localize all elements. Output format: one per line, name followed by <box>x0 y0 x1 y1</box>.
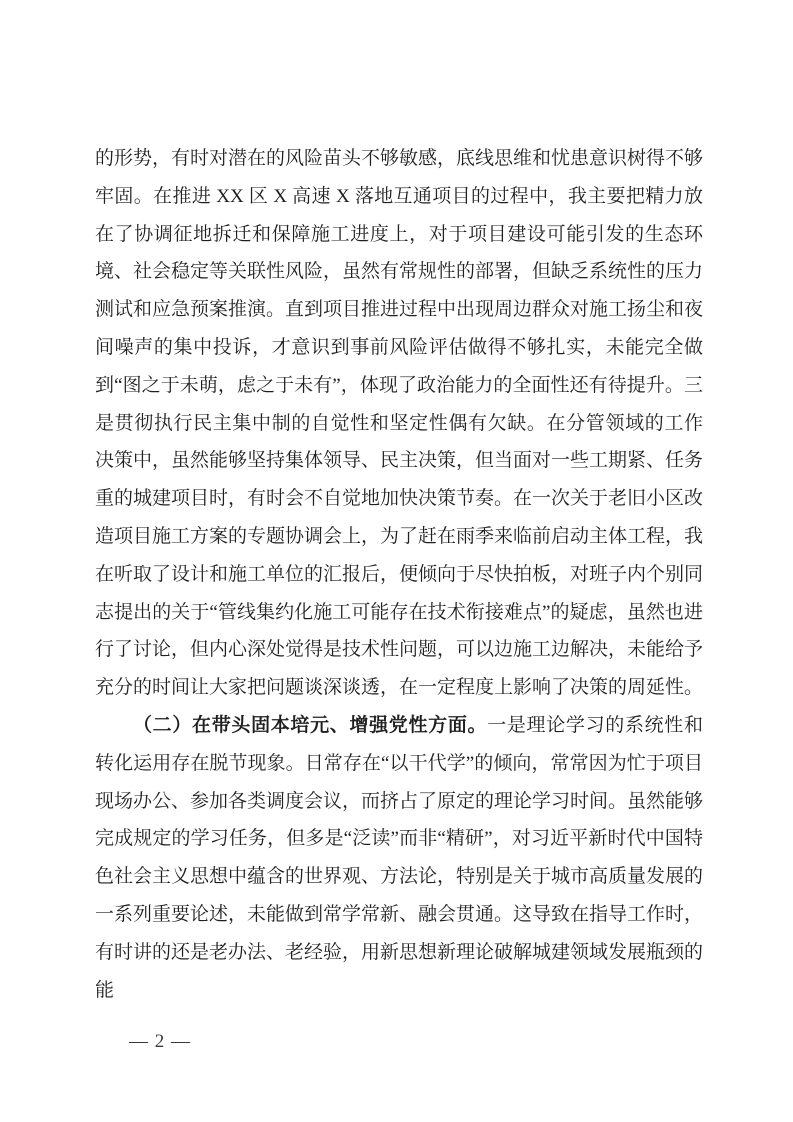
body-text-run: 的形势，有时对潜在的风险苗头不够敏感，底线思维和忧患意识树得不够牢固。在推进 X… <box>95 148 703 396</box>
paragraph-section-two: （二）在带头固本培元、增强党性方面。一是理论学习的系统性和转化运用存在脱节现象。… <box>95 707 703 1009</box>
paragraph-continuation: 的形势，有时对潜在的风险苗头不够敏感，底线思维和忧患意识树得不够牢固。在推进 X… <box>95 140 703 707</box>
document-page: 的形势，有时对潜在的风险苗头不够敏感，底线思维和忧患意识树得不够牢固。在推进 X… <box>0 0 793 1122</box>
body-text-run: 日常存在“以干代学”的倾向，常常因为忙于项目现场办公、参加各类调度会议，而挤占了… <box>95 753 703 1001</box>
section-heading: （二）在带头固本培元、增强党性方面。 <box>133 715 487 736</box>
page-number: — 2 — <box>129 1030 191 1054</box>
body-text-run: 在分管领域的工作决策中，虽然能够坚持集体领导、民主决策，但当面对一些工期紧、任务… <box>95 413 703 699</box>
document-body: 的形势，有时对潜在的风险苗头不够敏感，底线思维和忧患意识树得不够牢固。在推进 X… <box>95 140 703 1009</box>
